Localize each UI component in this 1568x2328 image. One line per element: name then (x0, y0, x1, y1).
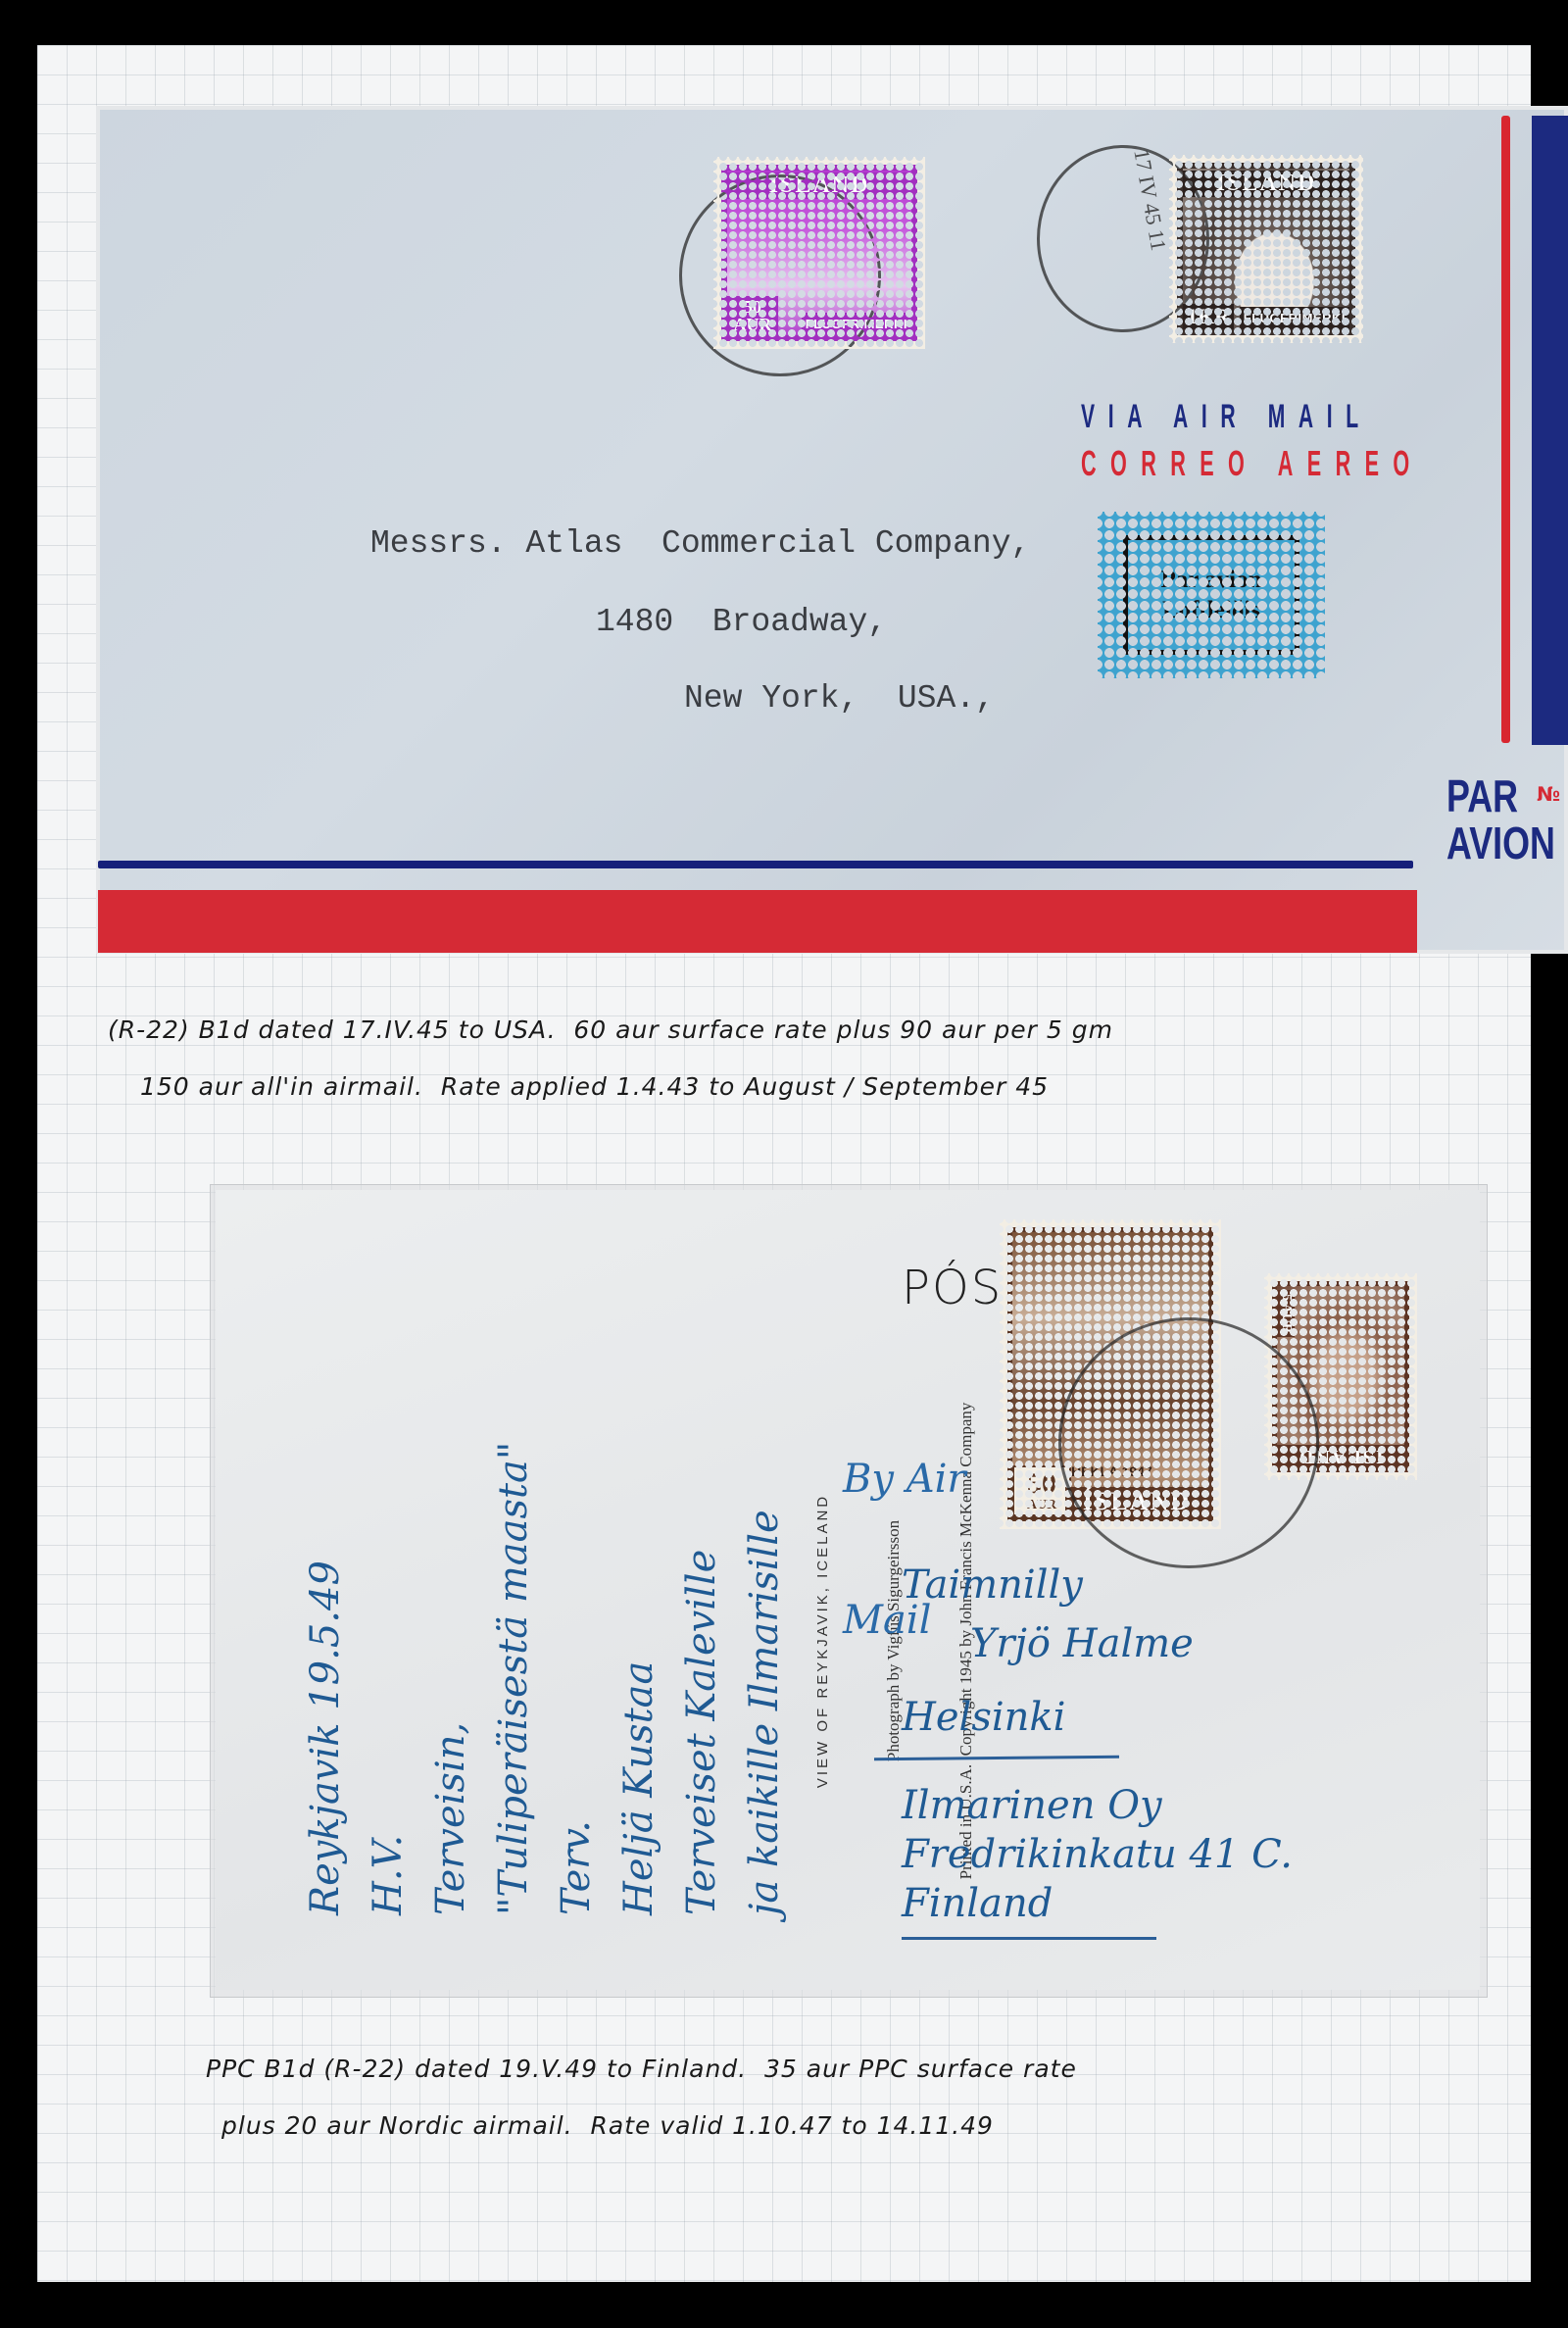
address-line: Messrs. Atlas Commercial Company, (370, 525, 1030, 562)
postmark-icon (1058, 1317, 1319, 1568)
stamp-value: 1KR (1183, 304, 1234, 329)
stamp-country: ISLAND (1183, 171, 1349, 197)
stamp-value-unit: AUR (731, 316, 774, 333)
stamp-value-number: 50 (1018, 1469, 1065, 1499)
annotation-line: 150 aur all'in airmail. Rate applied 1.4… (140, 1072, 1049, 1101)
caption-line: VIEW OF REYKJAVIK, ICELAND (812, 1317, 834, 1964)
blue-border-stripe (1532, 116, 1568, 745)
handwritten-message: Reykjavik 19.5.49 H.V. Terveisin, "Tulip… (294, 1442, 796, 1915)
recipient-line: Fredrikinkatu 41 C. (902, 1832, 1293, 1877)
red-border-band (98, 890, 1417, 953)
stamp-value: 5 AUR (1277, 1290, 1295, 1337)
stamp-value: 50 AUR (727, 296, 778, 335)
stamp-value-unit: AUR (1018, 1499, 1065, 1512)
postmark-date: 17 IV 45 11 (1128, 147, 1171, 252)
picture-postcard: PÓS VIEW OF REYKJAVIK, ICELAND Photograp… (216, 1190, 1480, 1990)
stamp-country: ISLAND (727, 173, 911, 199)
stamp-label: FLUGFRIMERKI (802, 313, 911, 335)
postcard-header: PÓS (902, 1261, 1003, 1315)
stamp-label: FLUGFRIMERKI (1240, 307, 1349, 329)
recipient-line: Taimnilly (902, 1562, 1083, 1608)
stamp-value-number: 50 (731, 298, 774, 316)
via-air-mail-text: VIA AIR MAIL (1081, 398, 1372, 436)
album-page: 17 IV 45 11 ISLAND 50 AUR FLUGFRIMERKI I… (37, 45, 1531, 2282)
annotation-line: plus 20 aur Nordic airmail. Rate valid 1… (221, 2111, 994, 2140)
etiquette-line: Loftleiðis (1162, 595, 1260, 625)
recipient-line: Finland (902, 1881, 1053, 1926)
by-air-mail-note: By Air Mail (843, 1362, 966, 1738)
stamp-50-aur-airmail: ISLAND 50 AUR FLUGFRIMERKI (713, 157, 925, 349)
blue-border-line (98, 861, 1413, 868)
underline (902, 1937, 1156, 1940)
annotation-line: (R-22) B1d dated 17.IV.45 to USA. 60 aur… (108, 1015, 1113, 1044)
address-line: 1480 Broadway, (596, 604, 887, 640)
red-border-stripe (1501, 116, 1510, 743)
by-air-line: By Air (843, 1456, 966, 1503)
address-line: New York, USA., (684, 680, 995, 717)
etiquette-line: Par avion (1160, 565, 1261, 595)
par-avion-etiquette: Par avion Loftleiðis (1098, 512, 1325, 678)
printer-mark-icon: № (1537, 782, 1560, 806)
stamp-1-kr-airmail: ISLAND 1KR FLUGFRIMERKI (1169, 155, 1363, 343)
annotation-line: PPC B1d (R-22) dated 19.V.49 to Finland.… (206, 2055, 1077, 2083)
recipient-line: Helsinki (902, 1695, 1065, 1740)
correo-aereo-text: CORREO AEREO (1081, 443, 1424, 484)
recipient-line: Ilmarinen Oy (902, 1783, 1162, 1828)
airmail-cover: 17 IV 45 11 ISLAND 50 AUR FLUGFRIMERKI I… (96, 106, 1568, 954)
par-avion-line: AVION (1446, 819, 1555, 867)
recipient-line: Yrjö Halme (970, 1621, 1194, 1666)
